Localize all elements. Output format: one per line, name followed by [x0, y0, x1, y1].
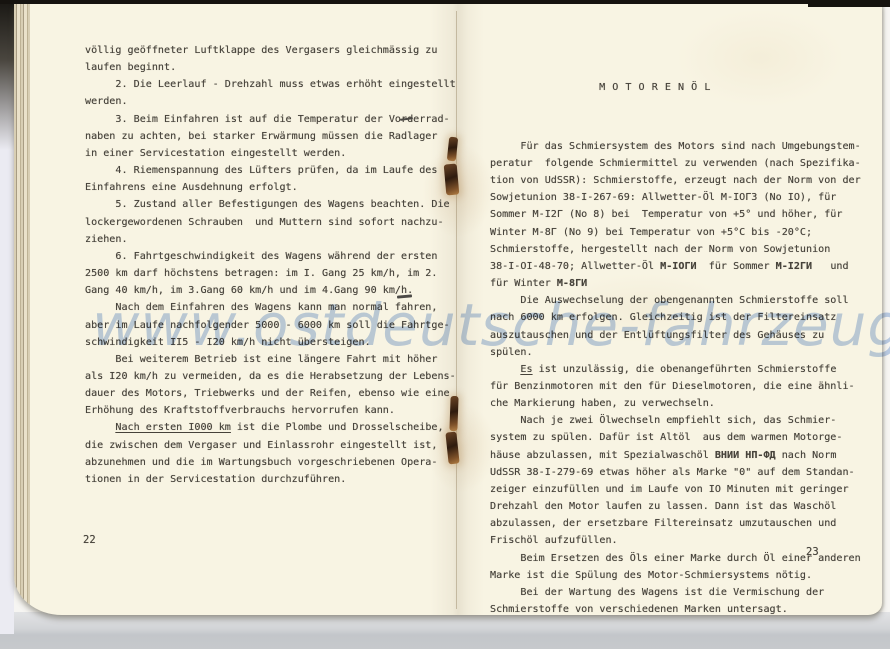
- text-line: Drehzahl den Motor laufen zu lassen. Dan…: [490, 498, 880, 515]
- text-line: zeiger einzufüllen und im Laufe von IO M…: [490, 481, 880, 498]
- text-line: Bei der Wartung des Wagens ist die Vermi…: [490, 584, 880, 601]
- scan-shadow-left: [0, 0, 14, 150]
- page-number-left: 22: [83, 534, 96, 546]
- right-page-text: M O T O R E N Ö L Für das Schmiersystem …: [490, 45, 880, 615]
- page-number-right: 23: [806, 546, 819, 558]
- text-line: che Markierung haben, zu verwechseln.: [490, 395, 880, 412]
- text-line: Sommer M-I2Г (No 8) bei Temperatur von +…: [490, 206, 880, 223]
- text-line: auszutauschen und der Entlüftungsfilter …: [490, 327, 880, 344]
- text-line: 5. Zustand aller Befestigungen des Wagen…: [85, 196, 475, 213]
- text-line: 3. Beim Einfahren ist auf die Temperatur…: [85, 111, 475, 128]
- text-line: ziehen.: [85, 231, 475, 248]
- text-line: spülen.: [490, 344, 880, 361]
- text-line: schwindigkeit II5 - I20 km/h nicht übers…: [85, 334, 475, 351]
- text-line: völlig geöffneter Luftklappe des Vergase…: [85, 42, 475, 59]
- text-line: UdSSR 38-I-279-69 etwas höher als Marke …: [490, 464, 880, 481]
- text-line: häuse abzulassen, mit Spezialwaschöl ВНИ…: [490, 447, 880, 464]
- text-line: Nach je zwei Ölwechseln empfiehlt sich, …: [490, 412, 880, 429]
- text-line: 4. Riemenspannung des Lüfters prüfen, da…: [85, 162, 475, 179]
- text-line: tionen in der Servicestation durchzuführ…: [85, 471, 475, 488]
- text-line: die zwischen dem Vergaser und Einlassroh…: [85, 437, 475, 454]
- page-title: M O T O R E N Ö L: [490, 79, 820, 96]
- text-line: Gang 40 km/h, im 3.Gang 60 km/h und im 4…: [85, 282, 475, 299]
- text-line: lockergewordenen Schrauben und Muttern s…: [85, 214, 475, 231]
- text-line: werden.: [85, 93, 475, 110]
- scanned-book-spread: völlig geöffneter Luftklappe des Vergase…: [0, 0, 890, 649]
- scanner-bed: [0, 612, 890, 649]
- text-line: für Winter M-8ГИ: [490, 275, 880, 292]
- text-line: 2. Die Leerlauf - Drehzahl muss etwas er…: [85, 76, 475, 93]
- right-page-body: Für das Schmiersystem des Motors sind na…: [490, 138, 880, 615]
- page-edge-stack: [14, 3, 30, 615]
- text-line: Nach dem Einfahren des Wagens kann man n…: [85, 299, 475, 316]
- text-line: tion von UdSSR): Schmierstoffe, erzeugt …: [490, 172, 880, 189]
- book-pages: völlig geöffneter Luftklappe des Vergase…: [14, 3, 882, 615]
- text-line: Schmierstoffe, hergestellt nach der Norm…: [490, 241, 880, 258]
- text-line: system zu spülen. Dafür ist Altöl aus de…: [490, 429, 880, 446]
- text-line: 38-I-OI-48-70; Allwetter-Öl M-IOГИ für S…: [490, 258, 880, 275]
- text-line: abzunehmen und die im Wartungsbuch vorge…: [85, 454, 475, 471]
- text-line: Für das Schmiersystem des Motors sind na…: [490, 138, 880, 155]
- text-line: naben zu achten, bei starker Erwärmung m…: [85, 128, 475, 145]
- text-line: Sowjetunion 38-I-267-69: Allwetter-Öl M-…: [490, 189, 880, 206]
- text-line: Winter M-8Г (No 9) bei Temperatur von +5…: [490, 224, 880, 241]
- text-line: dauer des Motors, Triebwerks und der Rei…: [85, 385, 475, 402]
- text-line: für Benzinmotoren mit den für Dieselmoto…: [490, 378, 880, 395]
- text-line: Nach ersten I000 km ist die Plombe und D…: [85, 419, 475, 436]
- text-line: laufen beginnt.: [85, 59, 475, 76]
- text-line: Einfahrens eine Ausdehnung erfolgt.: [85, 179, 475, 196]
- text-line: 6. Fahrtgeschwindigkeit des Wagens währe…: [85, 248, 475, 265]
- text-line: Die Auswechselung der obengenannten Schm…: [490, 292, 880, 309]
- text-line: Marke ist die Spülung des Motor-Schmiers…: [490, 567, 880, 584]
- left-page-text: völlig geöffneter Luftklappe des Vergase…: [85, 42, 475, 488]
- text-line: nach 6000 km erfolgen. Gleichzeitig ist …: [490, 309, 880, 326]
- text-line: als I20 km/h zu vermeiden, da es die Her…: [85, 368, 475, 385]
- text-line: Erhöhung des Kraftstoffverbrauchs hervor…: [85, 402, 475, 419]
- text-line: 2500 km darf höchstens betragen: im I. G…: [85, 265, 475, 282]
- text-line: Bei weiterem Betrieb ist eine längere Fa…: [85, 351, 475, 368]
- text-line: in einer Servicestation eingestellt werd…: [85, 145, 475, 162]
- text-line: peratur folgende Schmiermittel zu verwen…: [490, 155, 880, 172]
- text-line: Es ist unzulässig, die obenangeführten S…: [490, 361, 880, 378]
- text-line: Beim Ersetzen des Öls einer Marke durch …: [490, 550, 880, 567]
- scan-edge-top-right: [808, 0, 890, 7]
- text-line: aber im Laufe nachfolgender 5000 - 6000 …: [85, 317, 475, 334]
- scan-edge-top: [0, 0, 890, 4]
- text-line: Schmierstoffe von verschiedenen Marken u…: [490, 601, 880, 615]
- text-line: abzulassen, der ersetzbare Filtereinsatz…: [490, 515, 880, 532]
- text-line: Frischöl aufzufüllen.: [490, 532, 880, 549]
